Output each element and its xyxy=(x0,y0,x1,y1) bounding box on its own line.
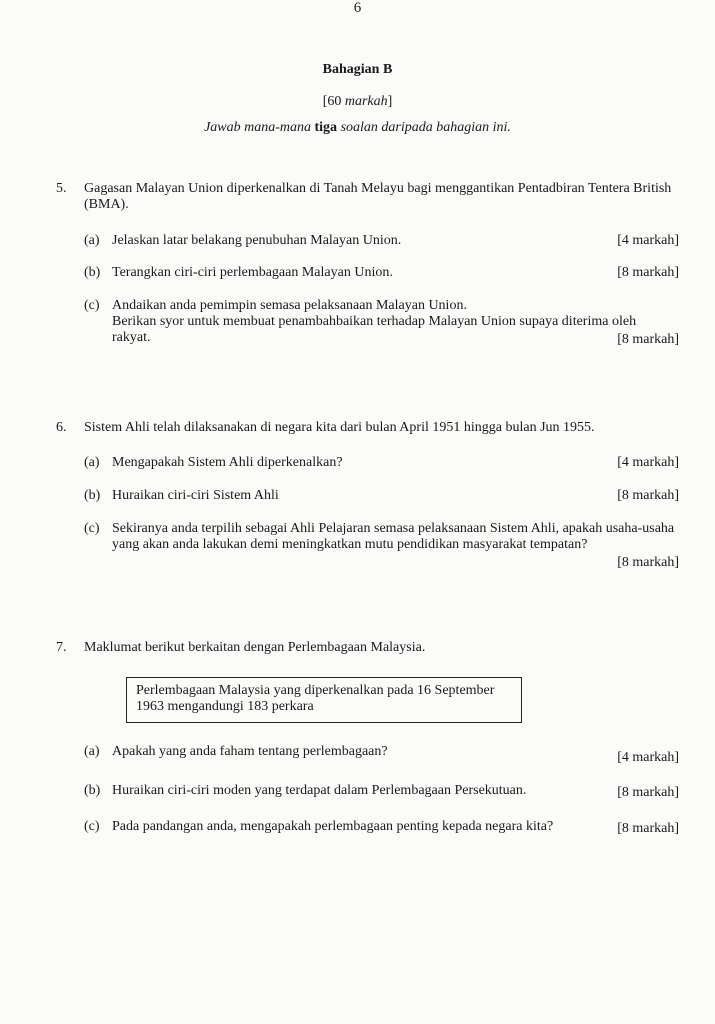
part-label: (b) xyxy=(84,488,100,504)
part-marks: [8 markah] xyxy=(617,488,679,504)
part-label: (c) xyxy=(84,521,100,537)
part-label: (b) xyxy=(84,265,100,281)
part-marks: [8 markah] xyxy=(617,821,679,837)
part-marks: [8 markah] xyxy=(617,785,679,801)
part-text: Jelaskan latar belakang penubuhan Malaya… xyxy=(112,233,672,249)
part-marks: [4 markah] xyxy=(617,750,679,766)
section-title: Bahagian B xyxy=(0,62,715,78)
part-marks: [4 markah] xyxy=(617,233,679,249)
question-stem: Gagasan Malayan Union diperkenalkan di T… xyxy=(84,181,684,213)
part-text: Pada pandangan anda, mengapakah perlemba… xyxy=(112,819,672,835)
question-number: 7. xyxy=(56,640,67,656)
part-label: (b) xyxy=(84,783,100,799)
part-label: (c) xyxy=(84,298,100,314)
part-text-line1: Andaikan anda pemimpin semasa pelaksanaa… xyxy=(112,298,672,314)
section-marks: [60 markah] xyxy=(0,94,715,110)
info-box: Perlembagaan Malaysia yang diperkenalkan… xyxy=(126,677,522,723)
part-label: (a) xyxy=(84,455,100,471)
marks-close: ] xyxy=(388,94,393,109)
question-number: 5. xyxy=(56,181,67,197)
section-instruction: Jawab mana-mana tiga soalan daripada bah… xyxy=(0,120,715,136)
part-marks: [8 markah] xyxy=(617,555,679,571)
part-text: Huraikan ciri-ciri Sistem Ahli xyxy=(112,488,672,504)
page-number: 6 xyxy=(0,0,715,17)
part-text: Apakah yang anda faham tentang perlembag… xyxy=(112,744,672,760)
part-text: Sekiranya anda terpilih sebagai Ahli Pel… xyxy=(112,521,678,553)
part-marks: [8 markah] xyxy=(617,332,679,348)
part-marks: [8 markah] xyxy=(617,265,679,281)
instruction-post: soalan daripada bahagian ini. xyxy=(337,120,511,135)
instruction-bold: tiga xyxy=(315,120,338,135)
part-text-line2: Berikan syor untuk membuat penambahbaika… xyxy=(112,314,672,346)
part-text: Huraikan ciri-ciri moden yang terdapat d… xyxy=(112,783,672,799)
question-stem: Sistem Ahli telah dilaksanakan di negara… xyxy=(84,420,694,436)
part-label: (a) xyxy=(84,744,100,760)
part-marks: [4 markah] xyxy=(617,455,679,471)
question-stem: Maklumat berikut berkaitan dengan Perlem… xyxy=(84,640,684,656)
question-number: 6. xyxy=(56,420,67,436)
marks-open: [60 xyxy=(323,94,345,109)
part-label: (c) xyxy=(84,819,100,835)
part-text: Terangkan ciri-ciri perlembagaan Malayan… xyxy=(112,265,672,281)
marks-word: markah xyxy=(345,94,388,109)
instruction-pre: Jawab mana-mana xyxy=(204,120,314,135)
part-label: (a) xyxy=(84,233,100,249)
part-text: Mengapakah Sistem Ahli diperkenalkan? xyxy=(112,455,672,471)
